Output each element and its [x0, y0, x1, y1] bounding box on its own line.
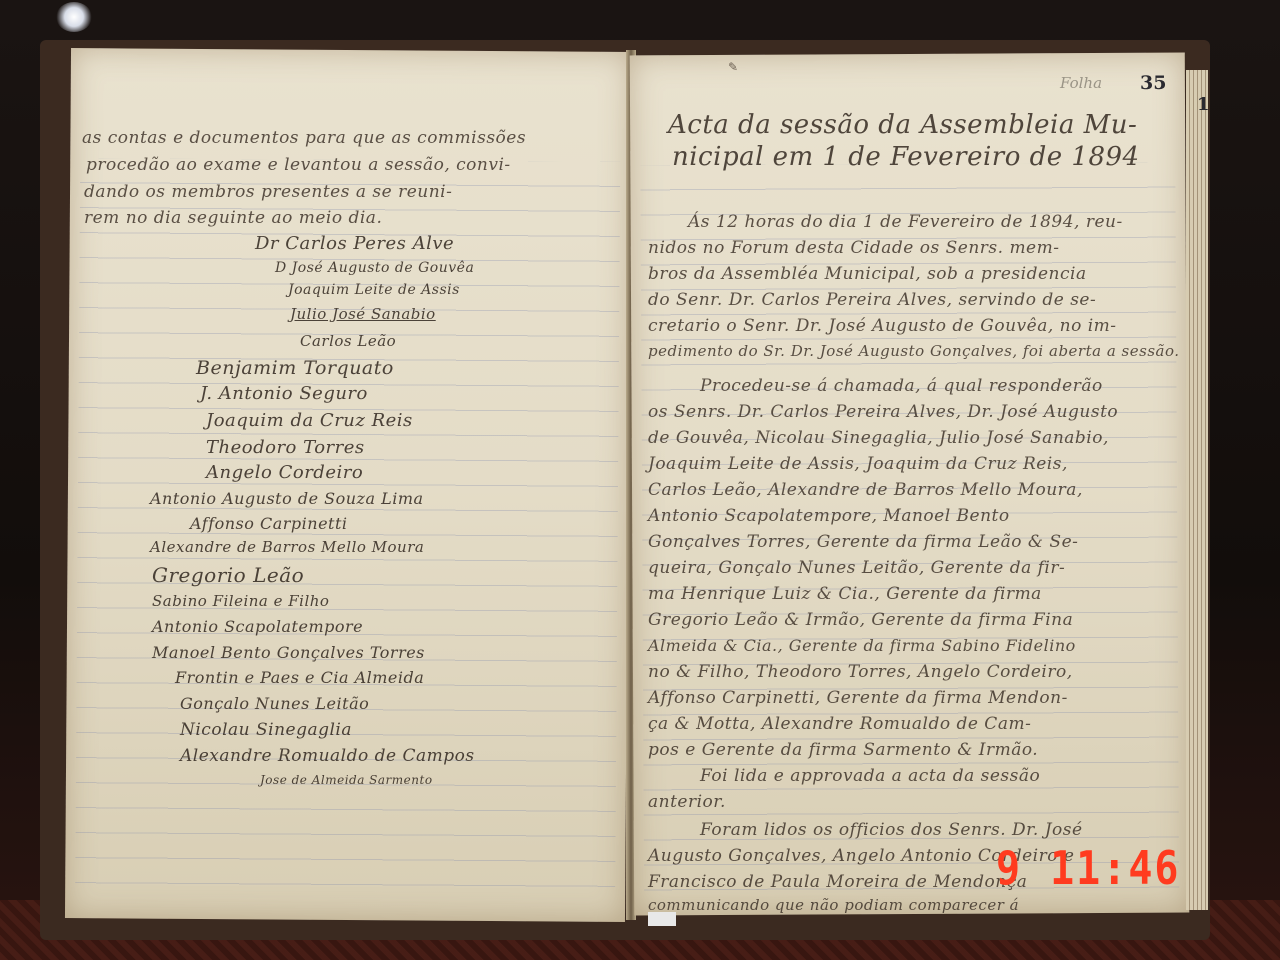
handwritten-line: queira, Gonçalo Nunes Leitão, Gerente da…: [648, 558, 1065, 578]
signature: J. Antonio Seguro: [200, 383, 368, 404]
handwritten-line: bros da Assembléa Municipal, sob a presi…: [648, 264, 1087, 284]
signature: Joaquim da Cruz Reis: [206, 410, 413, 431]
left-page: [65, 48, 631, 922]
handwritten-line: communicando que não podiam comparecer á: [648, 896, 1019, 914]
handwritten-line: Almeida & Cia., Gerente da firma Sabino …: [648, 636, 1076, 655]
handwritten-line: Antonio Scapolatempore, Manoel Bento: [648, 506, 1010, 526]
pencil-mark: ✎: [728, 60, 738, 74]
handwritten-line: rem no dia seguinte ao meio dia.: [84, 208, 382, 228]
signature: Alexandre de Barros Mello Moura: [150, 538, 424, 556]
signature: Gonçalo Nunes Leitão: [180, 694, 369, 713]
page-number: 35: [1140, 72, 1166, 94]
page-edges: [1186, 70, 1208, 910]
signature: Joaquim Leite de Assis: [288, 282, 460, 298]
signature: D José Augusto de Gouvêa: [275, 260, 474, 276]
handwritten-line: Foram lidos os officios dos Senrs. Dr. J…: [700, 820, 1083, 840]
handwritten-line: os Senrs. Dr. Carlos Pereira Alves, Dr. …: [648, 402, 1118, 422]
handwritten-line: de Gouvêa, Nicolau Sinegaglia, Julio Jos…: [648, 428, 1109, 448]
handwritten-line: pedimento do Sr. Dr. José Augusto Gonçal…: [648, 342, 1180, 360]
signature: Angelo Cordeiro: [206, 462, 363, 483]
folio-note: Folha: [1060, 74, 1102, 92]
timestamp-day: 9: [996, 843, 1022, 896]
camera-timestamp: 911:46: [996, 843, 1181, 896]
signature: Manoel Bento Gonçalves Torres: [152, 643, 425, 662]
handwritten-line: Gonçalves Torres, Gerente da firma Leão …: [648, 532, 1078, 552]
handwritten-line: ma Henrique Luiz & Cia., Gerente da firm…: [648, 584, 1042, 604]
handwritten-line: nidos no Forum desta Cidade os Senrs. me…: [648, 238, 1060, 258]
handwritten-line: ça & Motta, Alexandre Romualdo de Cam-: [648, 714, 1031, 734]
signature: Sabino Fileina e Filho: [152, 592, 329, 610]
signature: Antonio Augusto de Souza Lima: [150, 489, 424, 508]
signature: Theodoro Torres: [206, 437, 365, 458]
signature: Benjamim Torquato: [196, 357, 394, 379]
signature: Dr Carlos Peres Alve: [255, 233, 454, 254]
handwritten-line: do Senr. Dr. Carlos Pereira Alves, servi…: [648, 290, 1096, 310]
handwritten-line: Joaquim Leite de Assis, Joaquim da Cruz …: [648, 454, 1068, 474]
signature: Gregorio Leão: [152, 563, 304, 587]
handwritten-line: anterior.: [648, 792, 726, 812]
light-glare: [56, 2, 92, 32]
signature: Alexandre Romualdo de Campos: [180, 746, 475, 766]
handwritten-line: procedão ao exame e levantou a sessão, c…: [86, 155, 511, 175]
signature: Jose de Almeida Sarmento: [260, 773, 433, 787]
signature: Carlos Leão: [300, 332, 396, 350]
signature: Julio José Sanabio: [290, 305, 436, 323]
handwritten-line: dando os membros presentes a se reuni-: [84, 182, 452, 202]
handwritten-line: Ás 12 horas do dia 1 de Fevereiro de 189…: [688, 212, 1123, 232]
handwritten-line: Affonso Carpinetti, Gerente da firma Men…: [648, 688, 1068, 708]
signature: Affonso Carpinetti: [190, 514, 348, 533]
handwritten-line: as contas e documentos para que as commi…: [82, 128, 526, 148]
minutes-title: Acta da sessão da Assembleia Mu-: [668, 110, 1137, 140]
minutes-title: nicipal em 1 de Fevereiro de 1894: [672, 142, 1140, 172]
handwritten-line: Francisco de Paula Moreira de Mendonça: [648, 872, 1027, 892]
handwritten-line: pos e Gerente da firma Sarmento & Irmão.: [648, 740, 1038, 760]
handwritten-line: Gregorio Leão & Irmão, Gerente da firma …: [648, 610, 1073, 630]
handwritten-line: Procedeu-se á chamada, á qual responderã…: [700, 376, 1103, 396]
signature: Nicolau Sinegaglia: [180, 720, 352, 740]
handwritten-line: cretario o Senr. Dr. José Augusto de Gou…: [648, 316, 1117, 336]
handwritten-line: Carlos Leão, Alexandre de Barros Mello M…: [648, 480, 1083, 500]
timestamp-time: 11:46: [1050, 843, 1180, 896]
signature: Frontin e Paes e Cia Almeida: [175, 668, 424, 687]
handwritten-line: Foi lida e approvada a acta da sessão: [700, 766, 1040, 786]
bookmark-ribbon: [648, 912, 676, 926]
handwritten-line: no & Filho, Theodoro Torres, Angelo Cord…: [648, 662, 1073, 682]
edge-tab-number: 1: [1197, 94, 1210, 115]
signature: Antonio Scapolatempore: [152, 617, 363, 636]
